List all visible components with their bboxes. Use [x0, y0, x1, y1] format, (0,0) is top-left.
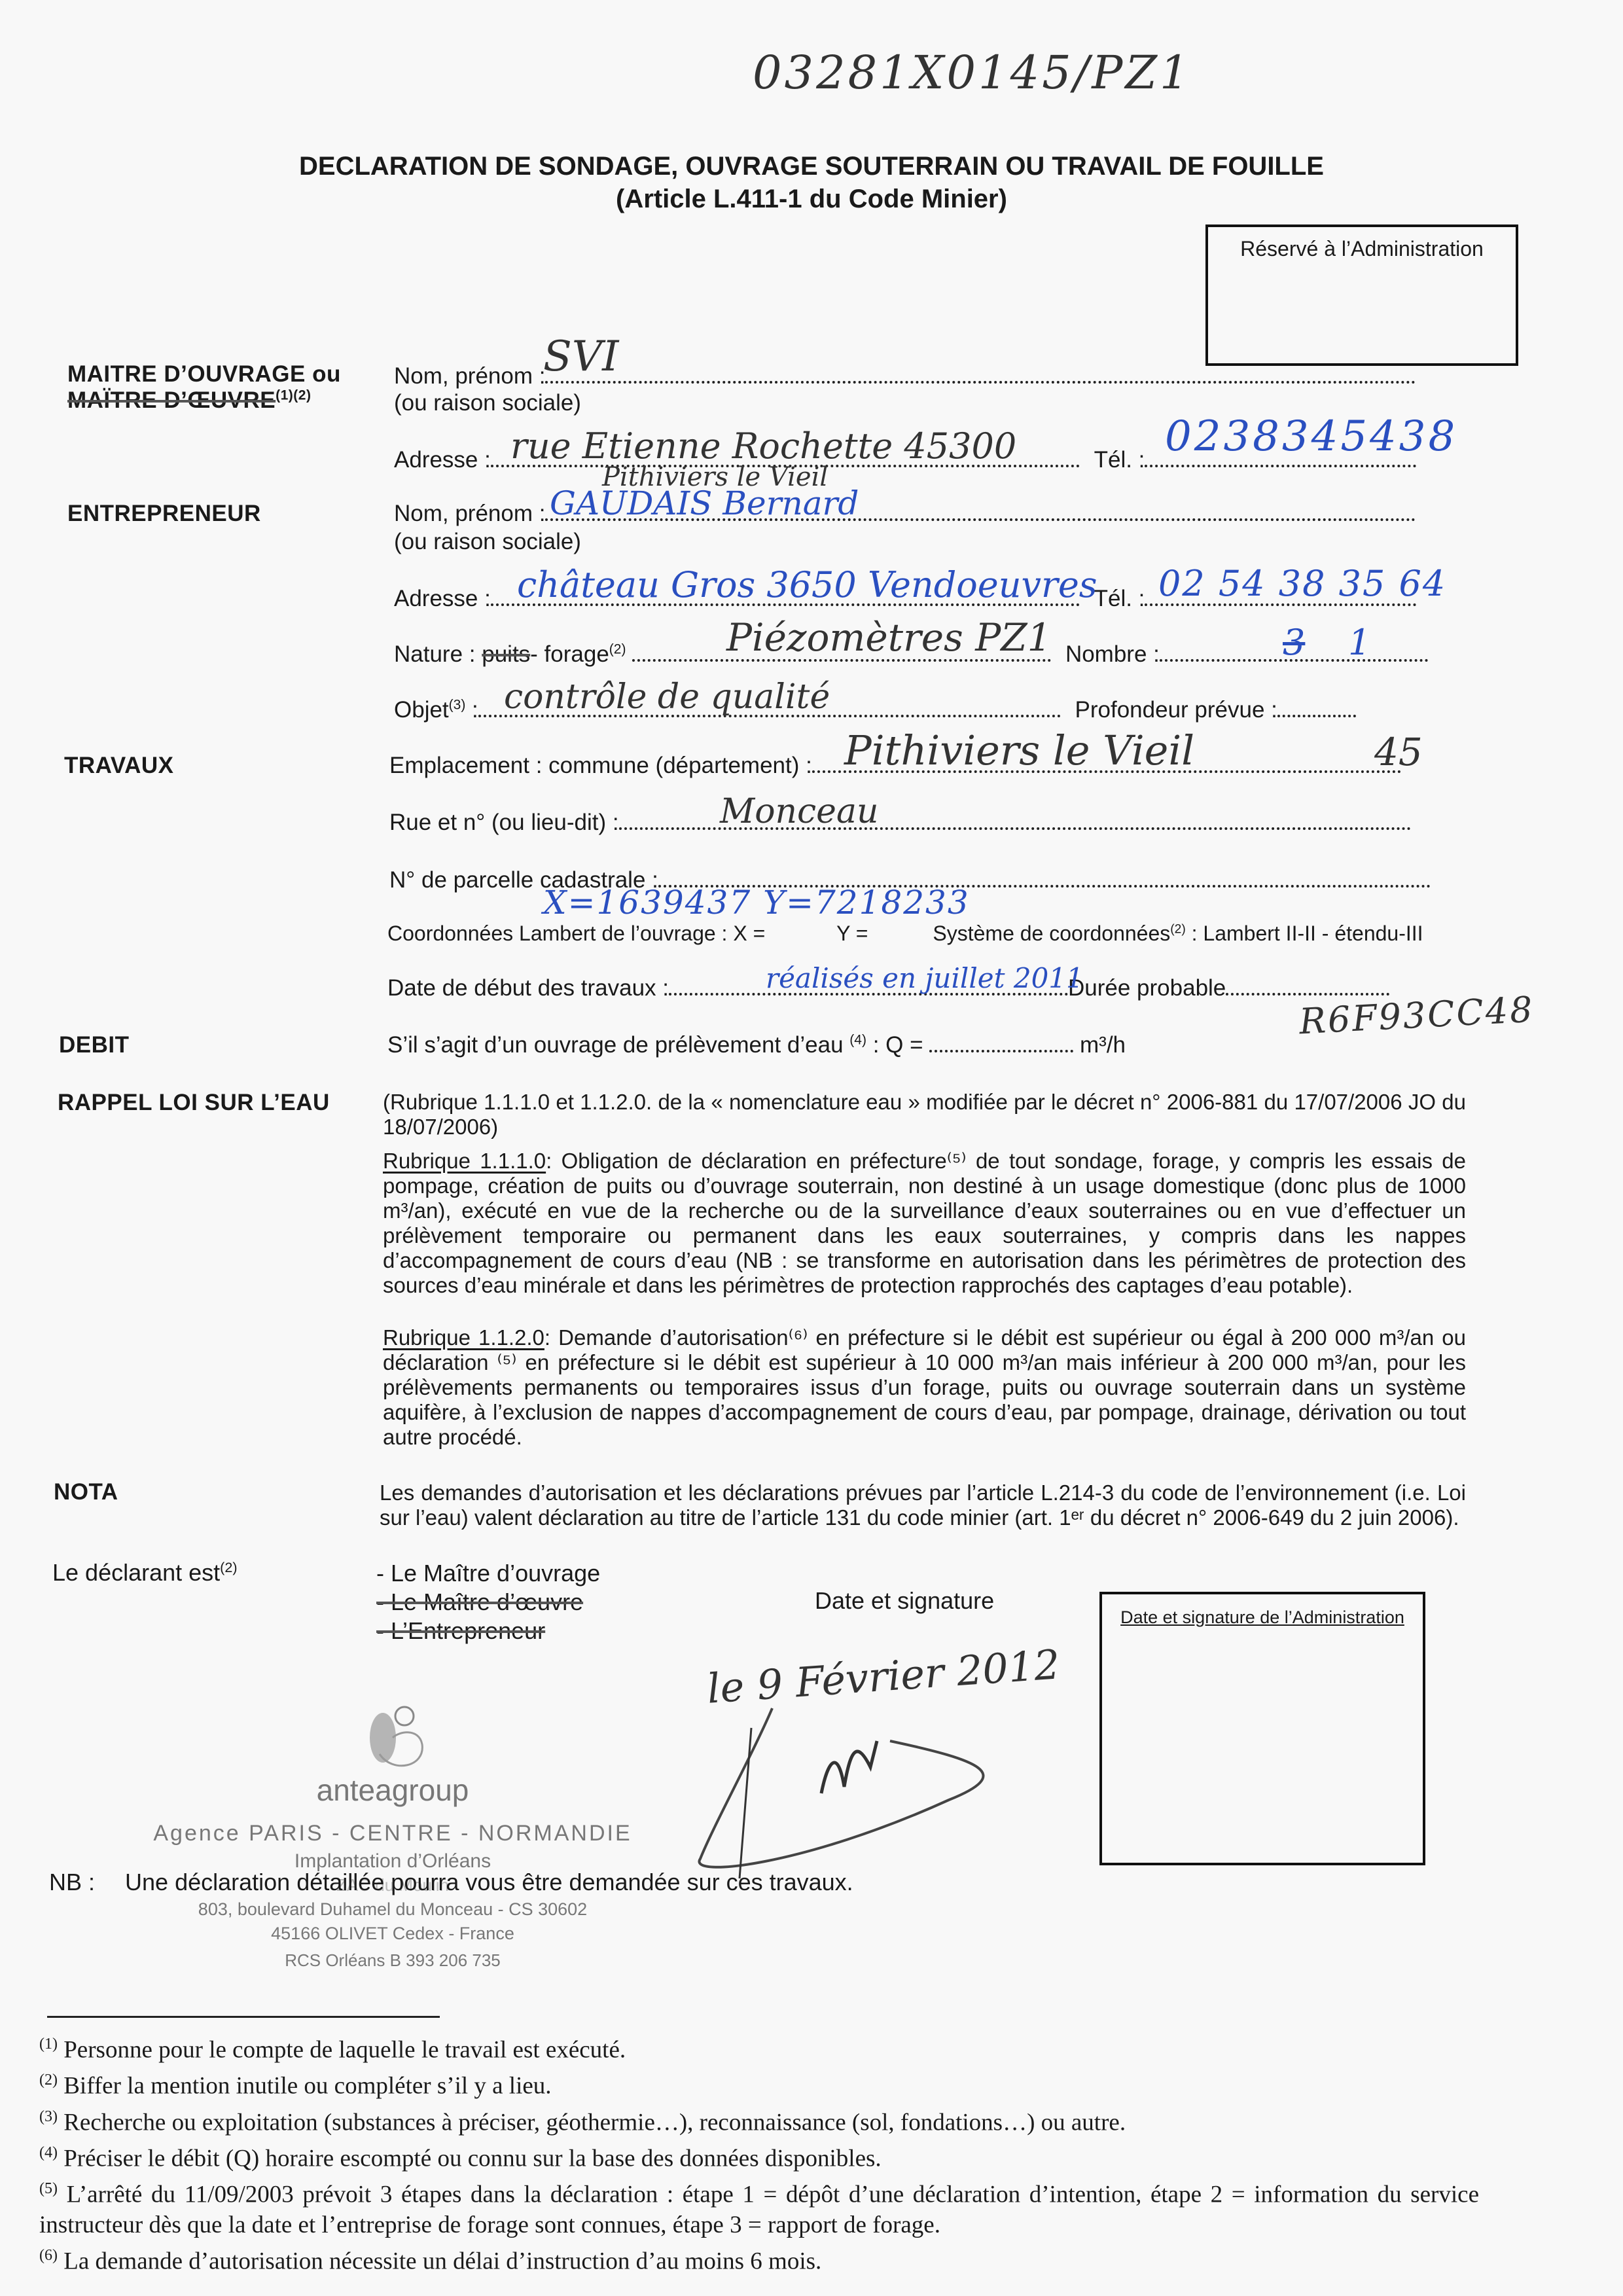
entrepreneur-tel-value[interactable]: 02 54 38 35 64: [1158, 563, 1446, 604]
admin-reserved-label: Réservé à l’Administration: [1208, 237, 1516, 261]
entrepreneur-nom-value[interactable]: GAUDAIS Bernard: [550, 484, 859, 522]
admin-signature-label: Date et signature de l’Administration: [1102, 1607, 1423, 1628]
declarant-options: - Le Maître d’ouvrage - Le Maître d’œuvr…: [376, 1559, 600, 1645]
debit-text: S’il s’agit d’un ouvrage de prélèvement …: [387, 1032, 844, 1058]
rubrique-1110: Rubrique 1.1.1.0: Obligation de déclarat…: [383, 1149, 1466, 1298]
footnotes: (1) Personne pour le compte de laquelle …: [39, 2029, 1479, 2276]
entrepreneur-tel-label: Tél. :: [1094, 586, 1145, 611]
anteagroup-logo-icon: [353, 1702, 432, 1774]
rue-value[interactable]: Monceau: [720, 792, 878, 831]
coords-handwritten-value[interactable]: X=1639437 Y=7218233: [543, 884, 970, 922]
nature-label: Nature :: [394, 641, 476, 667]
nature-puits-struck: puits: [482, 641, 530, 667]
footnote-text: La demande d’autorisation nécessite un d…: [58, 2248, 821, 2274]
rappel-intro: (Rubrique 1.1.1.0 et 1.1.2.0. de la « no…: [383, 1090, 1466, 1139]
entrepreneur-adresse-label: Adresse :: [394, 586, 491, 611]
footnote-text: Recherche ou exploitation (substances à …: [58, 2109, 1126, 2136]
nombre-value[interactable]: 1: [1348, 622, 1370, 663]
entrepreneur-nom-row: Nom, prénom :: [394, 501, 1416, 527]
maitre-tel-label: Tél. :: [1094, 447, 1145, 473]
section-rappel-loi: RAPPEL LOI SUR L’EAU: [58, 1090, 330, 1116]
section-maitre-ouvrage: MAITRE D’OUVRAGE ou MAÏTRE D’ŒUVRE(1)(2): [67, 361, 341, 414]
stamp-rcs: RCS Orléans B 393 206 735: [131, 1950, 654, 1971]
objet-value[interactable]: contrôle de qualité: [504, 677, 830, 717]
footnote-item: (2) Biffer la mention inutile ou complét…: [39, 2065, 1479, 2101]
admin-signature-box[interactable]: Date et signature de l’Administration: [1099, 1592, 1425, 1865]
maitre-nom-label: Nom, prénom :: [394, 363, 545, 389]
maitre-label-line1: MAITRE D’OUVRAGE ou: [67, 361, 341, 387]
declarant-label-row: Le déclarant est(2): [52, 1559, 238, 1587]
systeme-sup: (2): [1170, 922, 1185, 936]
nota-text: Les demandes d’autorisation et les décla…: [380, 1480, 1466, 1530]
stamp-agency: Agence PARIS - CENTRE - NORMANDIE: [131, 1821, 654, 1846]
rubrique-1110-text: : Obligation de déclaration en préfectur…: [383, 1149, 1466, 1297]
maitre-adresse-label: Adresse :: [394, 447, 491, 473]
footnote-item: (3) Recherche ou exploitation (substance…: [39, 2102, 1479, 2138]
nature-sup: (2): [609, 641, 626, 656]
footnote-number: (3): [39, 2108, 58, 2125]
stamp-city: 45166 OLIVET Cedex - France: [131, 1924, 654, 1944]
footnote-item: (4) Préciser le débit (Q) horaire escomp…: [39, 2138, 1479, 2174]
nature-value[interactable]: Piézomètres PZ1: [726, 615, 1051, 660]
debit-q-label: : Q =: [873, 1032, 923, 1058]
footnote-item: (5) L’arrêté du 11/09/2003 prévoit 3 éta…: [39, 2174, 1479, 2240]
footnote-number: (4): [39, 2144, 58, 2161]
footnote-item: (6) La demande d’autorisation nécessite …: [39, 2240, 1479, 2276]
footnote-number: (2): [39, 2072, 58, 2089]
company-stamp: anteagroup Agence PARIS - CENTRE - NORMA…: [131, 1702, 654, 1971]
maitre-raison-label: (ou raison sociale): [394, 390, 581, 416]
maitre-oeuvre-struck: MAÏTRE D’ŒUVRE: [67, 387, 276, 413]
footnote-text: L’arrêté du 11/09/2003 prévoit 3 étapes …: [39, 2181, 1479, 2238]
objet-sup: (3): [449, 697, 466, 712]
maitre-tel-value[interactable]: 0238345438: [1165, 412, 1457, 461]
maitre-nom-value[interactable]: SVI: [543, 332, 618, 381]
coords-row: Coordonnées Lambert de l’ouvrage : X = Y…: [387, 922, 1423, 946]
emplacement-label: Emplacement : commune (département) :: [389, 753, 812, 778]
footnote-text: Préciser le débit (Q) horaire escompté o…: [58, 2145, 882, 2172]
rue-label: Rue et n° (ou lieu-dit) :: [389, 810, 619, 835]
footnote-text: Biffer la mention inutile ou compléter s…: [58, 2073, 552, 2100]
objet-label: Objet: [394, 697, 449, 723]
debit-row: S’il s’agit d’un ouvrage de prélèvement …: [387, 1032, 1126, 1058]
systeme-value: : Lambert II-II - étendu-III: [1192, 922, 1423, 945]
nb-label: NB :: [49, 1869, 95, 1895]
coords-x-label: Coordonnées Lambert de l’ouvrage : X =: [387, 922, 765, 945]
form-title: DECLARATION DE SONDAGE, OUVRAGE SOUTERRA…: [0, 152, 1623, 181]
debit-unit: m³/h: [1080, 1032, 1126, 1058]
section-entrepreneur: ENTREPRENEUR: [67, 501, 261, 527]
admin-reserved-box[interactable]: Réservé à l’Administration: [1205, 224, 1518, 366]
declarant-option-maitre-oeuvre[interactable]: - Le Maître d’œuvre: [376, 1588, 600, 1617]
emplacement-commune-value[interactable]: Pithiviers le Vieil: [844, 726, 1194, 774]
section-travaux: TRAVAUX: [64, 753, 173, 779]
declarant-label: Le déclarant est: [52, 1559, 220, 1586]
signature-icon: [674, 1702, 1041, 1885]
date-debut-label: Date de début des travaux :: [387, 975, 669, 1001]
nature-forage-label: - forage: [530, 641, 609, 667]
declarant-option-entrepreneur[interactable]: - L’Entrepreneur: [376, 1617, 600, 1645]
nombre-label: Nombre :: [1065, 641, 1160, 667]
footnote-item: (1) Personne pour le compte de laquelle …: [39, 2029, 1479, 2065]
duree-label: Durée probable: [1068, 975, 1226, 1001]
section-nota: NOTA: [54, 1479, 118, 1505]
debit-sup: (4): [849, 1032, 866, 1047]
footnote-divider: [47, 2016, 440, 2018]
maitre-adresse-value[interactable]: rue Etienne Rochette 45300: [510, 425, 1016, 467]
rubrique-1110-title: Rubrique 1.1.1.0: [383, 1149, 546, 1173]
rubrique-1120-title: Rubrique 1.1.2.0: [383, 1325, 544, 1350]
nombre-struck-value: 3: [1283, 622, 1305, 663]
emplacement-departement-value[interactable]: 45: [1374, 730, 1423, 774]
stamp-address: 803, boulevard Duhamel du Monceau - CS 3…: [131, 1899, 654, 1920]
rue-row: Rue et n° (ou lieu-dit) :: [389, 810, 1411, 836]
entrepreneur-nom-label: Nom, prénom :: [394, 501, 545, 526]
entrepreneur-raison-label: (ou raison sociale): [394, 529, 581, 555]
footnote-text: Personne pour le compte de laquelle le t…: [58, 2036, 626, 2063]
form-subtitle: (Article L.411-1 du Code Minier): [0, 185, 1623, 214]
systeme-label: Système de coordonnées: [933, 922, 1170, 945]
stamp-logo-text: anteagroup: [131, 1772, 654, 1808]
footnote-number: (6): [39, 2247, 58, 2264]
profondeur-label: Profondeur prévue :: [1075, 697, 1277, 723]
declarant-option-maitre-ouvrage[interactable]: - Le Maître d’ouvrage: [376, 1559, 600, 1588]
footnote-number: (5): [39, 2180, 58, 2197]
nb-text: Une déclaration détaillée pourra vous êt…: [125, 1869, 853, 1895]
date-signature-label: Date et signature: [815, 1587, 994, 1615]
date-debut-value[interactable]: réalisés en juillet 2011: [766, 962, 1084, 994]
nb-row: NB : Une déclaration détaillée pourra vo…: [49, 1869, 853, 1896]
declarant-sup: (2): [220, 1559, 237, 1575]
footnote-number: (1): [39, 2036, 58, 2053]
rubrique-1120: Rubrique 1.1.2.0: Demande d’autorisation…: [383, 1325, 1466, 1450]
rubrique-1120-text: : Demande d’autorisation⁽⁶⁾ en préfectur…: [383, 1325, 1466, 1449]
coords-y-label: Y =: [836, 922, 868, 945]
handwritten-reference: 03281X0145/PZ1: [753, 46, 1192, 99]
maitre-sup: (1)(2): [276, 387, 311, 403]
section-debit: DEBIT: [59, 1032, 130, 1058]
entrepreneur-adresse-value[interactable]: château Gros 3650 Vendoeuvres: [517, 564, 1097, 605]
